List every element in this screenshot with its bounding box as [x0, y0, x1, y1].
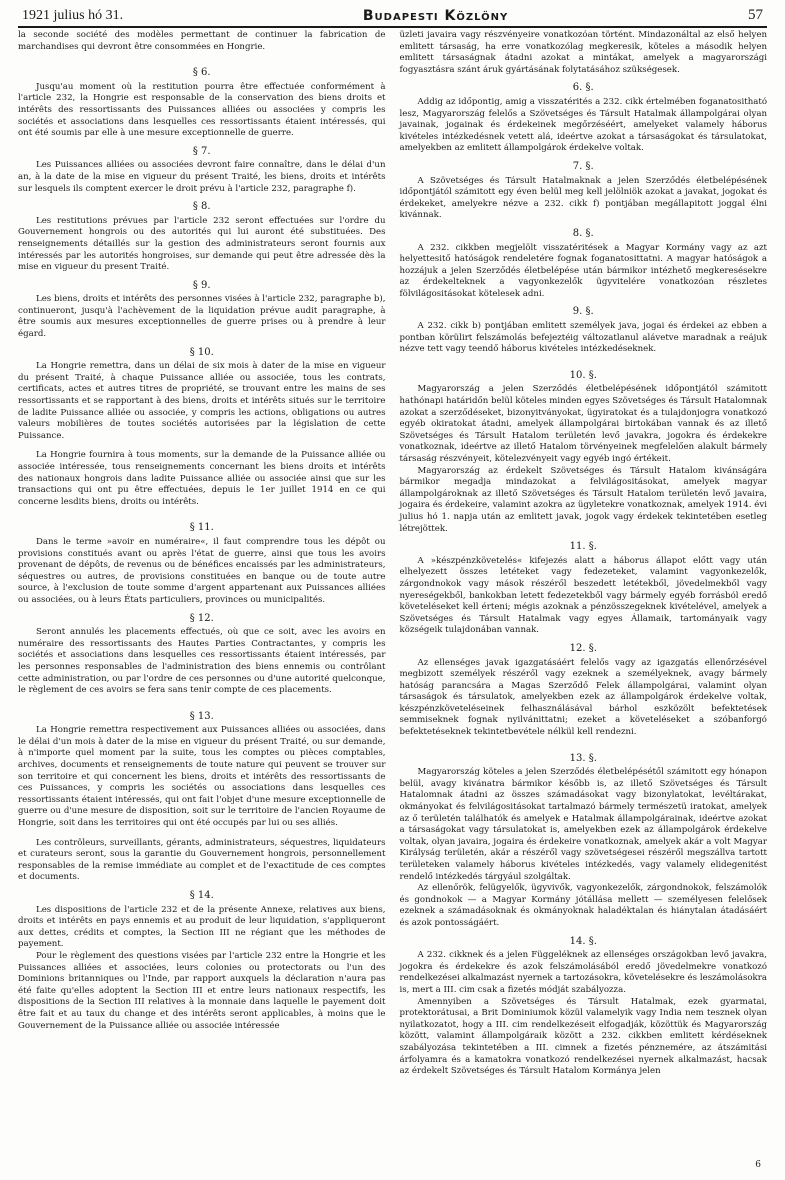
section-heading: § 8.: [18, 201, 386, 213]
section-heading: 11. §.: [400, 541, 768, 553]
spacer: [18, 508, 386, 516]
section-heading: 14. §.: [400, 936, 768, 948]
section-heading: 10. §.: [400, 370, 768, 382]
paragraph: Les contrôleurs, surveillants, gérants, …: [18, 838, 386, 884]
paragraph: La Hongrie remettra, dans un délai de si…: [18, 361, 386, 442]
paragraph: Les dispositions de l'article 232 et de …: [18, 905, 386, 951]
paragraph: A 232. cikk b) pontjában emlitett személ…: [400, 321, 768, 356]
paragraph: Pour le règlement des questions visées p…: [18, 951, 386, 1032]
paragraph: Seront annulés les placements effectués,…: [18, 627, 386, 697]
page-header: 1921 julius hó 31. Budapesti Közlöny 57: [18, 2, 767, 28]
spacer: [400, 739, 768, 747]
signature-mark: 6: [755, 1160, 761, 1170]
paragraph: La Hongrie remettra respectivement aux P…: [18, 725, 386, 829]
section-heading: 12. §.: [400, 643, 768, 655]
paragraph: Magyarország az érdekelt Szövetséges és …: [400, 466, 768, 536]
paragraph: Les restitutions prévues par l'article 2…: [18, 216, 386, 274]
paragraph: A Szövetséges és Társult Hatalmaknak a j…: [400, 176, 768, 222]
paragraph: Addig az időpontig, amig a visszatérités…: [400, 97, 768, 155]
paragraph: üzleti javaira vagy részvényeire vonatko…: [400, 30, 768, 76]
paragraph: La Hongrie fournira à tous moments, sur …: [18, 450, 386, 508]
paragraph: A 232. cikknek és a jelen Függeléknek az…: [400, 950, 768, 996]
section-heading: 6. §.: [400, 82, 768, 94]
section-heading: 13. §.: [400, 753, 768, 765]
section-heading: 8. §.: [400, 228, 768, 240]
spacer: [18, 697, 386, 705]
paragraph: Magyarország köteles a jelen Szerződés é…: [400, 767, 768, 883]
publication-title: Budapesti Közlöny: [363, 8, 508, 24]
paragraph: Jusqu'au moment où la restitution pourra…: [18, 82, 386, 140]
paragraph: Magyarország a jelen Szerződés életbelép…: [400, 384, 768, 465]
paragraph: Az ellenséges javak igazgatásáért felelő…: [400, 658, 768, 739]
paragraph: A 232. cikkben megjelölt visszatéritések…: [400, 243, 768, 301]
section-heading: § 6.: [18, 67, 386, 79]
section-heading: § 12.: [18, 613, 386, 625]
paragraph: Az ellenőrök, felügyelők, ügyvivők, vagy…: [400, 883, 768, 929]
spacer: [18, 53, 386, 61]
section-heading: § 14.: [18, 890, 386, 902]
spacer: [18, 830, 386, 838]
paragraph: Les Puissances alliées ou associées devr…: [18, 160, 386, 195]
paragraph: Amennyiben a Szövetséges és Társult Hata…: [400, 997, 768, 1078]
section-heading: 9. §.: [400, 306, 768, 318]
section-heading: § 11.: [18, 522, 386, 534]
paragraph: A »készpénzkövetelés« kifejezés alatt a …: [400, 556, 768, 637]
hungarian-text-column: üzleti javaira vagy részvényeire vonatko…: [400, 30, 768, 1180]
issue-date: 1921 julius hó 31.: [22, 8, 123, 24]
french-text-column: la seconde société des modèles permettan…: [18, 30, 386, 1180]
section-heading: § 7.: [18, 146, 386, 158]
section-heading: 7. §.: [400, 161, 768, 173]
paragraph: la seconde société des modèles permettan…: [18, 30, 386, 53]
two-column-body: la seconde société des modèles permettan…: [18, 30, 767, 1180]
paragraph: Les biens, droits et intérêts des person…: [18, 294, 386, 340]
page-number: 57: [748, 7, 763, 24]
paragraph: Dans le terme »avoir en numéraire«, il f…: [18, 537, 386, 607]
section-heading: § 10.: [18, 347, 386, 359]
newspaper-page: 1921 julius hó 31. Budapesti Közlöny 57 …: [0, 0, 785, 1180]
section-heading: § 9.: [18, 280, 386, 292]
section-heading: § 13.: [18, 711, 386, 723]
spacer: [400, 356, 768, 364]
